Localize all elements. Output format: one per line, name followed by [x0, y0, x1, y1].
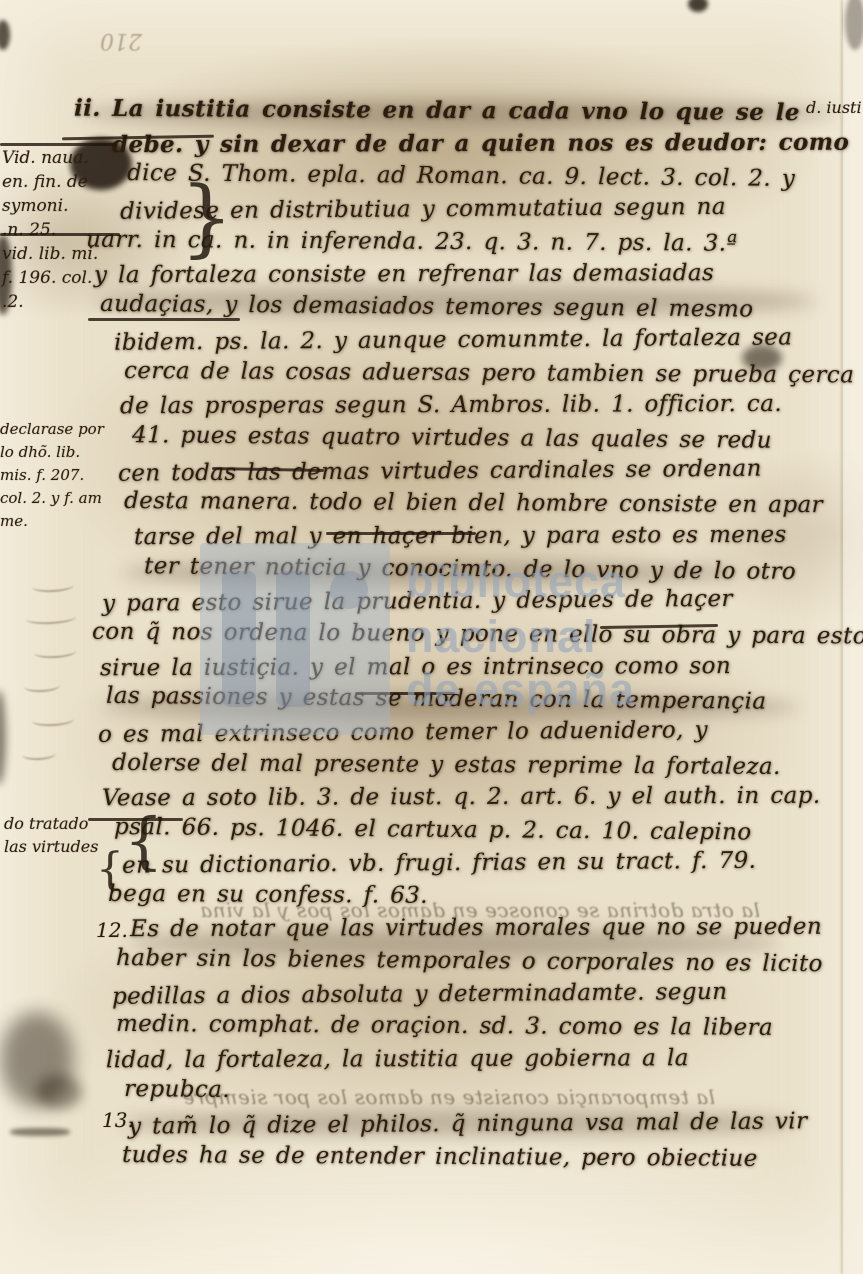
underline-mark — [88, 318, 240, 321]
illegible-marginalia — [32, 579, 75, 593]
margin-note-line: las virtudes — [4, 835, 98, 858]
manuscript-line: tarse del mal y en haçer bien, y para es… — [72, 519, 858, 554]
margin-note-citation-declarase: declarase porlo dhõ. lib.mis. f. 207.col… — [0, 418, 104, 533]
margin-note-line: .n. 25. — [2, 218, 98, 242]
margin-brace: } — [180, 168, 233, 266]
manuscript-line: o es mal extrinseco como temer lo adueni… — [72, 713, 858, 752]
manuscript-line: ibidem. ps. la. 2. y aunque comunmte. la… — [72, 321, 858, 360]
manuscript-line: dolerse del mal presente y estas reprime… — [72, 746, 858, 783]
margin-note-citation-navarrus: Vid. naua.en. fin. desymoni..n. 25.vid. … — [2, 146, 98, 314]
illegible-marginalia — [26, 611, 77, 626]
margin-paragraph-number: 12. — [96, 918, 128, 942]
manuscript-line: Es de notar que las virtudes morales que… — [72, 911, 858, 946]
underline-mark — [326, 532, 476, 535]
manuscript-line: y para esto sirue la prudentia. y despue… — [72, 582, 858, 621]
margin-note-line: me. — [0, 510, 104, 533]
manuscript-line: cerca de las cosas aduersas pero tambien… — [72, 354, 858, 391]
manuscript-page: 210 la otra dotrina se conosce en damos … — [0, 0, 863, 1274]
manuscript-line: en su dictionario. vb. frugi. frias en s… — [72, 844, 858, 883]
manuscript-line: Vease a soto lib. 3. de iust. q. 2. art.… — [72, 780, 858, 815]
ink-blot — [0, 690, 6, 785]
manuscript-line: desta manera. todo el bien del hombre co… — [72, 485, 858, 522]
folio-number-showthrough: 210 — [100, 28, 142, 53]
margin-note-line: Vid. naua. — [2, 146, 98, 170]
margin-paragraph-number: 13. — [102, 1108, 134, 1132]
margin-note-line: vid. lib. mi. — [2, 242, 98, 266]
manuscript-line: medin. comphat. de oraçion. sd. 3. como … — [72, 1008, 858, 1045]
margin-note-line: en. fin. de — [2, 170, 98, 194]
ink-blot — [688, 0, 708, 12]
margin-note-line: mis. f. 207. — [0, 464, 104, 487]
margin-note-right: d. iusti — [806, 98, 863, 117]
margin-note-line: declarase por — [0, 418, 104, 441]
manuscript-line: ii. La iustitia consiste en dar a cada v… — [72, 93, 858, 130]
margin-note-line: lo dhõ. lib. — [0, 441, 104, 464]
manuscript-line: bega en su confess. f. 63. — [72, 877, 858, 914]
manuscript-line: de las prosperas segun S. Ambros. lib. 1… — [72, 388, 858, 423]
manuscript-line: con q̃ nos ordena lo bueno y pone en ell… — [72, 616, 858, 653]
margin-note-line: col. 2. y f. am — [0, 487, 104, 510]
manuscript-line: debe. y sin dexar de dar a quien nos es … — [72, 126, 858, 161]
manuscript-line: sirue la iustiçia. y el mal o es intrins… — [72, 649, 858, 684]
manuscript-line: y tam̃ lo q̃ dize el philos. q̃ ninguna … — [72, 1105, 858, 1144]
margin-rule — [0, 233, 120, 236]
ink-blot — [0, 20, 10, 50]
ink-spatter — [10, 1128, 70, 1136]
manuscript-line: lidad, la fortaleza, la iustitia que gob… — [72, 1042, 858, 1077]
illegible-marginalia — [24, 679, 61, 693]
margin-brace: { — [96, 844, 124, 895]
margin-note-line: f. 196. col. — [2, 266, 98, 290]
margin-note-tratado-virtudes: do tratadolas virtudes — [4, 812, 98, 858]
margin-note-line: symoni. — [2, 194, 98, 218]
manuscript-line: tudes ha se de entender inclinatiue, per… — [72, 1139, 858, 1176]
strikethrough-mark — [355, 692, 455, 695]
margin-brace: { — [124, 804, 163, 877]
margin-note-line: .2. — [2, 290, 98, 314]
illegible-marginalia — [32, 713, 75, 727]
illegible-marginalia — [34, 645, 77, 659]
illegible-marginalia — [22, 747, 57, 761]
margin-note-line: do tratado — [4, 812, 98, 835]
margin-rule — [0, 143, 116, 146]
